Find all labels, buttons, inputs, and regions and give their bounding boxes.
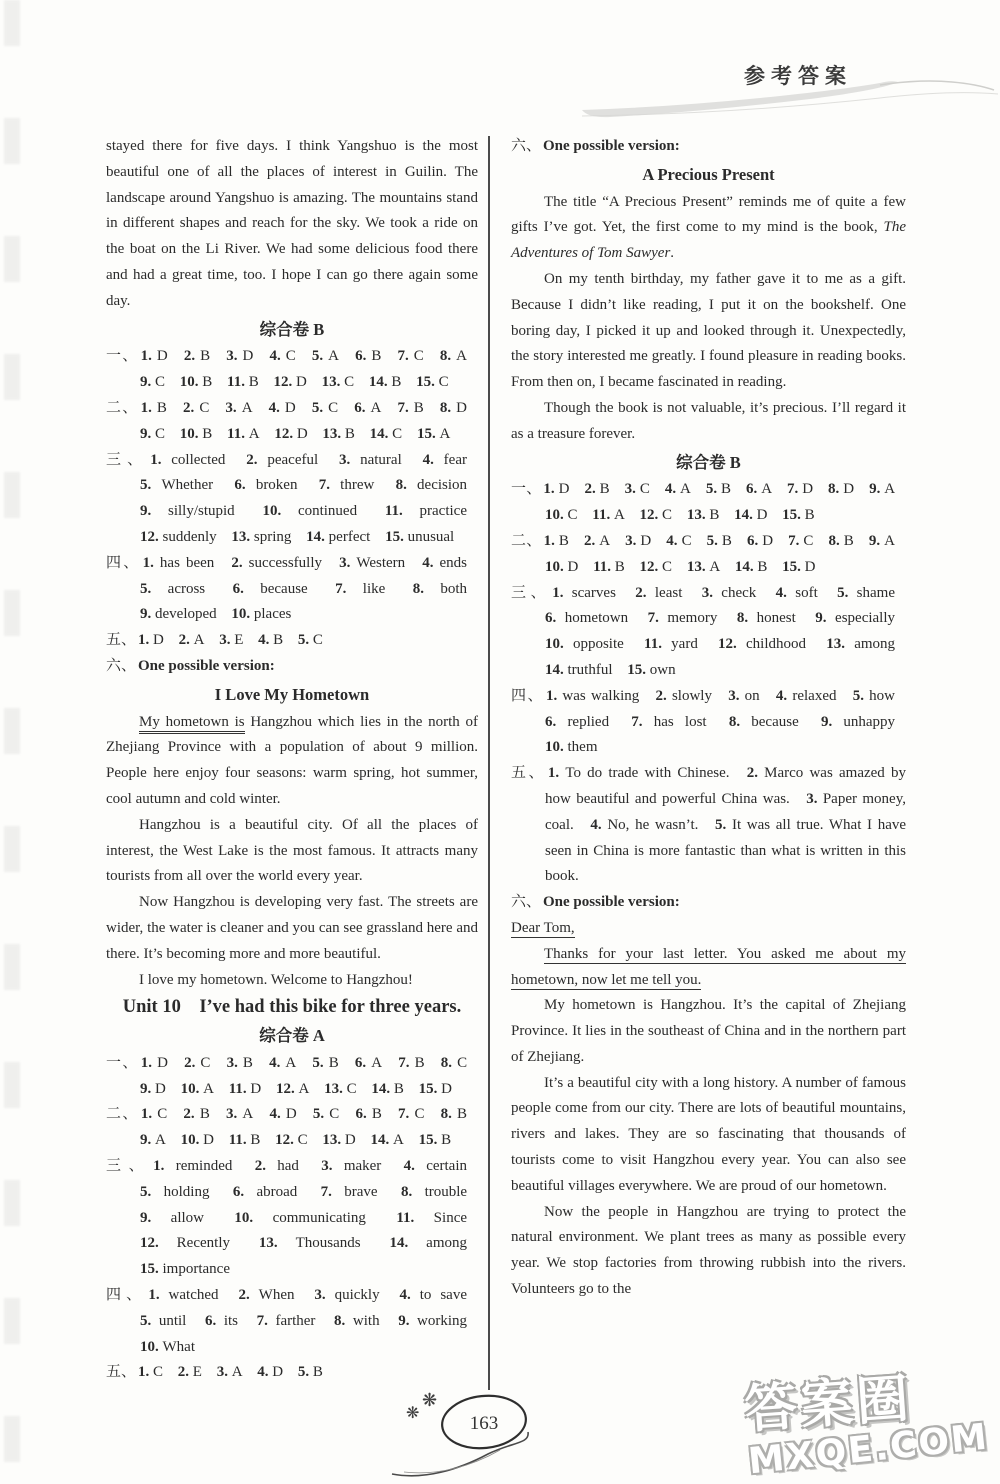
row-marker: 一、 bbox=[106, 348, 139, 364]
answer-number: 13. bbox=[687, 559, 706, 575]
answer-item: 1. has been bbox=[143, 555, 215, 571]
answer-number: 1. bbox=[138, 632, 149, 648]
watermark-logo: 答案圈 MXQE.COM bbox=[743, 1368, 990, 1477]
footer-swirl-icon bbox=[392, 1432, 528, 1476]
answer-number: 11. bbox=[644, 636, 662, 652]
answer-number: 12. bbox=[140, 1235, 159, 1251]
answer-item: 9. A bbox=[869, 533, 895, 549]
answer-number: 5. bbox=[298, 632, 309, 648]
answer-number: 10. bbox=[181, 1132, 200, 1148]
answer-number: 8. bbox=[828, 481, 839, 497]
answer-item: 13. B bbox=[687, 507, 720, 523]
answer-item: 7. C bbox=[398, 1106, 424, 1122]
answer-number: 9. bbox=[140, 374, 151, 390]
paragraph: My hometown is Hangzhou. It’s the capita… bbox=[511, 993, 906, 1070]
answer-item: 7. B bbox=[398, 1055, 424, 1071]
answer-number: 5. bbox=[715, 817, 726, 833]
row-marker: 三、 bbox=[106, 452, 148, 468]
answer-number: 8. bbox=[396, 477, 407, 493]
text-run: Now the people in Hangzhou are trying to… bbox=[511, 1204, 906, 1297]
answer-number: 2. bbox=[238, 1287, 249, 1303]
answer-item: 2. When bbox=[238, 1287, 294, 1303]
answer-number: 5. bbox=[706, 481, 717, 497]
answer-item: 1. scarves bbox=[552, 585, 616, 601]
answer-number: 14. bbox=[545, 662, 564, 678]
answer-item: 5. how bbox=[853, 688, 895, 704]
answer-number: 14. bbox=[371, 1081, 390, 1097]
section-heading: 综合卷 B bbox=[511, 450, 906, 476]
answer-number: 1. bbox=[544, 533, 555, 549]
answer-number: 8. bbox=[401, 1184, 412, 1200]
answer-item: 3. A bbox=[225, 400, 252, 416]
answer-number: 5. bbox=[312, 400, 323, 416]
answer-item: 8. B bbox=[828, 533, 853, 549]
paragraph: stayed there for five days. I think Yang… bbox=[106, 134, 478, 315]
answer-item: 1. reminded bbox=[153, 1158, 232, 1174]
answer-item: 6. A bbox=[354, 400, 381, 416]
answer-item: 10. D bbox=[181, 1132, 214, 1148]
answer-item: 13. D bbox=[322, 1132, 355, 1148]
answer-number: 7. bbox=[787, 481, 798, 497]
answer-item: 13. B bbox=[322, 426, 355, 442]
answer-number: 2. bbox=[747, 765, 758, 781]
answer-number: 11. bbox=[227, 374, 245, 390]
answer-item: 5. B bbox=[298, 1364, 323, 1380]
answer-number: 4. bbox=[269, 1106, 280, 1122]
section-heading: I Love My Hometown bbox=[106, 682, 478, 708]
answer-item: 15. importance bbox=[140, 1261, 230, 1277]
scan-edge-artifacts bbox=[4, 0, 20, 1484]
answer-number: 6. bbox=[746, 481, 757, 497]
answer-item: 10. places bbox=[231, 606, 291, 622]
row-label: One possible version: bbox=[138, 658, 275, 674]
answer-number: 7. bbox=[397, 400, 408, 416]
section-heading: A Precious Present bbox=[511, 162, 906, 188]
answer-number: 2. bbox=[584, 533, 595, 549]
answer-item: 14. among bbox=[390, 1235, 468, 1251]
answer-number: 8. bbox=[413, 581, 424, 597]
answer-item: 9. C bbox=[140, 426, 165, 442]
answer-item: 13. among bbox=[826, 636, 895, 652]
answer-item: 14. D bbox=[734, 507, 767, 523]
answer-item: 3. on bbox=[728, 688, 759, 704]
answer-row: 六、One possible version: bbox=[511, 134, 906, 160]
answer-number: 10. bbox=[545, 559, 564, 575]
row-marker: 四、 bbox=[511, 688, 544, 704]
answer-item: 7. C bbox=[788, 533, 813, 549]
unit-title: Unit 10 I’ve had this bike for three yea… bbox=[106, 995, 478, 1021]
answer-item: 6. A bbox=[746, 481, 772, 497]
answer-number: 5. bbox=[140, 581, 151, 597]
answer-number: 12. bbox=[273, 374, 292, 390]
answer-row: 三、1. collected 2. peaceful 3. natural 4.… bbox=[106, 448, 478, 551]
answer-item: 9. silly/stupid bbox=[140, 503, 235, 519]
answer-number: 2. bbox=[584, 481, 595, 497]
row-marker: 六、 bbox=[511, 138, 541, 154]
answer-number: 1. bbox=[141, 400, 152, 416]
answer-number: 4. bbox=[400, 1287, 411, 1303]
answer-item: 4. soft bbox=[776, 585, 818, 601]
answer-number: 13. bbox=[687, 507, 706, 523]
answer-number: 4. bbox=[257, 1364, 268, 1380]
answer-number: 13. bbox=[259, 1235, 278, 1251]
answer-item: 2. B bbox=[584, 481, 609, 497]
answer-item: 6. D bbox=[747, 533, 773, 549]
answer-number: 12. bbox=[275, 1132, 294, 1148]
answer-item: 1. D bbox=[543, 481, 569, 497]
text-run: Though the book is not valuable, it’s pr… bbox=[511, 400, 906, 442]
answer-number: 10. bbox=[231, 606, 250, 622]
answer-item: 1. C bbox=[141, 1106, 167, 1122]
page-number-badge: ❋ ❋ 163 bbox=[388, 1388, 568, 1484]
answer-row: 一、1. D 2. B 3. D 4. C 5. A 6. B 7. C 8. … bbox=[106, 344, 478, 396]
text-run: My hometown is Hangzhou. It’s the capita… bbox=[511, 997, 906, 1065]
answer-item: 2. slowly bbox=[656, 688, 712, 704]
answer-number: 2. bbox=[255, 1158, 266, 1174]
answer-number: 2. bbox=[183, 1106, 194, 1122]
answer-number: 8. bbox=[441, 1055, 452, 1071]
answer-number: 1. bbox=[141, 1106, 152, 1122]
column-divider bbox=[488, 136, 490, 1390]
answer-number: 4. bbox=[269, 348, 280, 364]
answer-number: 4. bbox=[269, 400, 280, 416]
answer-row: 四、1. was walking 2. slowly 3. on 4. rela… bbox=[511, 684, 906, 761]
answer-item: 11. practice bbox=[385, 503, 467, 519]
answer-item: 9. developed bbox=[140, 606, 217, 622]
answer-number: 10. bbox=[180, 374, 199, 390]
row-marker: 四、 bbox=[106, 555, 141, 571]
answer-item: 12. A bbox=[276, 1081, 309, 1097]
section-heading: 综合卷 A bbox=[106, 1023, 478, 1049]
answer-number: 3. bbox=[728, 688, 739, 704]
answer-item: 3. D bbox=[625, 533, 651, 549]
answer-number: 2. bbox=[179, 632, 190, 648]
answer-row: 四、1. has been 2. successfully 3. Western… bbox=[106, 551, 478, 628]
answer-item: 4. fear bbox=[423, 452, 467, 468]
answer-number: 15. bbox=[417, 426, 436, 442]
answer-item: 3. D bbox=[226, 348, 253, 364]
answer-item: 15. D bbox=[419, 1081, 452, 1097]
answer-item: 12. C bbox=[640, 559, 673, 575]
answer-item: 13. Thousands bbox=[259, 1235, 361, 1251]
row-marker: 一、 bbox=[511, 481, 541, 497]
row-marker: 二、 bbox=[511, 533, 542, 549]
row-marker: 一、 bbox=[106, 1055, 139, 1071]
answer-item: 5. C bbox=[313, 1106, 339, 1122]
answer-item: 3. E bbox=[219, 632, 243, 648]
answer-item: 5. B bbox=[707, 533, 732, 549]
answer-row: 三、1. scarves 2. least 3. check 4. soft 5… bbox=[511, 581, 906, 684]
answer-item: 9. working bbox=[398, 1313, 467, 1329]
answer-item: 9. A bbox=[140, 1132, 166, 1148]
answer-number: 4. bbox=[422, 555, 433, 571]
answer-number: 3. bbox=[226, 348, 237, 364]
answer-item: 2. had bbox=[255, 1158, 299, 1174]
answer-item: 12. childhood bbox=[718, 636, 806, 652]
answer-item: 15. C bbox=[416, 374, 449, 390]
answer-number: 1. bbox=[148, 1287, 159, 1303]
row-marker: 三、 bbox=[511, 585, 550, 601]
answer-item: 11. yard bbox=[644, 636, 698, 652]
answer-item: 4. A bbox=[665, 481, 691, 497]
answer-item: 5. B bbox=[706, 481, 731, 497]
answer-number: 3. bbox=[226, 1106, 237, 1122]
answer-item: 3. natural bbox=[339, 452, 402, 468]
answer-number: 14. bbox=[390, 1235, 409, 1251]
answer-item: 8. honest bbox=[737, 610, 796, 626]
section-heading: 综合卷 B bbox=[106, 317, 478, 343]
answer-item: 7. like bbox=[335, 581, 385, 597]
answer-number: 2. bbox=[184, 1055, 195, 1071]
answer-number: 5. bbox=[140, 1184, 151, 1200]
answer-number: 12. bbox=[640, 559, 659, 575]
answer-item: 7. threw bbox=[319, 477, 375, 493]
text-run: I love my hometown. Welcome to Hangzhou! bbox=[139, 972, 413, 988]
answer-item: 1. D bbox=[138, 632, 164, 648]
answer-item: 11. B bbox=[229, 1132, 261, 1148]
answer-item: 6. B bbox=[355, 348, 381, 364]
paragraph: Thanks for your last letter. You asked m… bbox=[511, 942, 906, 994]
answer-item: 8. decision bbox=[396, 477, 467, 493]
answer-number: 2. bbox=[178, 1364, 189, 1380]
answer-number: 14. bbox=[370, 426, 389, 442]
answer-item: 10. continued bbox=[262, 503, 357, 519]
answer-item: 5. B bbox=[312, 1055, 338, 1071]
answer-number: 1. bbox=[141, 1055, 152, 1071]
answer-number: 11. bbox=[229, 1081, 247, 1097]
answer-item: 4. C bbox=[666, 533, 691, 549]
answer-number: 1. bbox=[141, 348, 152, 364]
answer-item: 5. holding bbox=[140, 1184, 209, 1200]
answer-number: 8. bbox=[828, 533, 839, 549]
answer-item: 7. C bbox=[397, 348, 423, 364]
answer-number: 4. bbox=[776, 585, 787, 601]
answer-number: 6. bbox=[355, 348, 366, 364]
right-column: 六、One possible version:A Precious Presen… bbox=[511, 134, 906, 1303]
answer-number: 11. bbox=[593, 559, 611, 575]
answer-item: 3. maker bbox=[321, 1158, 381, 1174]
answer-item: 6. A bbox=[355, 1055, 382, 1071]
answer-number: 6. bbox=[545, 714, 556, 730]
answer-item: 12. D bbox=[274, 426, 307, 442]
answer-number: 11. bbox=[592, 507, 610, 523]
answer-number: 9. bbox=[869, 481, 880, 497]
answer-item: 4. D bbox=[269, 400, 296, 416]
answer-item: 6. because bbox=[233, 581, 308, 597]
answer-number: 10. bbox=[140, 1339, 159, 1355]
answer-number: 13. bbox=[322, 1132, 341, 1148]
answer-item: 9. unhappy bbox=[821, 714, 895, 730]
answer-item: 4. to save bbox=[400, 1287, 467, 1303]
answer-item: 8. C bbox=[441, 1055, 467, 1071]
answer-item: 13. C bbox=[324, 1081, 357, 1097]
answer-item: 10. communicating bbox=[234, 1210, 365, 1226]
paragraph: Dear Tom, bbox=[511, 916, 906, 942]
answer-item: 11. B bbox=[227, 374, 259, 390]
answer-number: 2. bbox=[246, 452, 257, 468]
answer-number: 1. bbox=[153, 1158, 164, 1174]
answer-row: 五、1. C 2. E 3. A 4. D 5. B bbox=[106, 1360, 478, 1386]
answer-item: 2. A bbox=[584, 533, 610, 549]
answer-number: 5. bbox=[313, 1106, 324, 1122]
answer-item: 11. D bbox=[229, 1081, 262, 1097]
answer-number: 10. bbox=[545, 636, 564, 652]
answer-item: 6. hometown bbox=[545, 610, 628, 626]
answer-row: 一、1. D 2. C 3. B 4. A 5. B 6. A 7. B 8. … bbox=[106, 1051, 478, 1103]
answer-number: 2. bbox=[183, 400, 194, 416]
answer-item: 12. D bbox=[273, 374, 306, 390]
answer-number: 3. bbox=[625, 481, 636, 497]
answer-item: 3. A bbox=[217, 1364, 243, 1380]
answer-item: 10. them bbox=[545, 739, 598, 755]
answer-number: 11. bbox=[396, 1210, 414, 1226]
answer-row: 二、1. B 2. C 3. A 4. D 5. C 6. A 7. B 8. … bbox=[106, 396, 478, 448]
answer-item: 6. abroad bbox=[233, 1184, 297, 1200]
answer-number: 6. bbox=[233, 581, 244, 597]
answer-item: 4. B bbox=[258, 632, 283, 648]
answer-number: 3. bbox=[225, 400, 236, 416]
answer-number: 8. bbox=[440, 400, 451, 416]
answer-number: 14. bbox=[371, 1132, 390, 1148]
answer-item: 13. spring bbox=[231, 529, 291, 545]
answer-item: 9. especially bbox=[815, 610, 895, 626]
row-marker: 五、 bbox=[106, 632, 136, 648]
answer-number: 11. bbox=[229, 1132, 247, 1148]
answer-item: 1. D bbox=[141, 348, 168, 364]
answer-item: 10. B bbox=[180, 426, 213, 442]
row-label: One possible version: bbox=[543, 138, 680, 154]
answer-item: 10. B bbox=[180, 374, 213, 390]
paragraph: Now the people in Hangzhou are trying to… bbox=[511, 1200, 906, 1303]
answer-number: 1. bbox=[150, 452, 161, 468]
row-marker: 四、 bbox=[106, 1287, 146, 1303]
answer-item: 8. both bbox=[413, 581, 467, 597]
answer-item: 1. was walking bbox=[546, 688, 639, 704]
answer-number: 10. bbox=[545, 507, 564, 523]
answer-row: 六、One possible version: bbox=[106, 654, 478, 680]
answer-number: 11. bbox=[385, 503, 403, 519]
answer-item: 5. Whether bbox=[140, 477, 213, 493]
answer-item: 3. C bbox=[625, 481, 650, 497]
answer-item: 3. A bbox=[226, 1106, 253, 1122]
answer-item: 10. opposite bbox=[545, 636, 624, 652]
answer-item: 15. own bbox=[627, 662, 675, 678]
answer-number: 8. bbox=[729, 714, 740, 730]
answer-item: 4. C bbox=[269, 348, 295, 364]
answer-number: 6. bbox=[355, 1055, 366, 1071]
answer-number: 10. bbox=[180, 426, 199, 442]
text-run: It’s a beautiful city with a long histor… bbox=[511, 1075, 906, 1194]
text-run: My hometown is bbox=[139, 714, 245, 734]
answer-item: 14. B bbox=[371, 1081, 404, 1097]
answer-item: 2. C bbox=[184, 1055, 210, 1071]
answer-number: 3. bbox=[339, 555, 350, 571]
answer-row: 五、1. D 2. A 3. E 4. B 5. C bbox=[106, 628, 478, 654]
answer-number: 4. bbox=[404, 1158, 415, 1174]
answer-item: 10. What bbox=[140, 1339, 195, 1355]
answer-number: 6. bbox=[545, 610, 556, 626]
answer-number: 10. bbox=[545, 739, 564, 755]
left-column: stayed there for five days. I think Yang… bbox=[106, 134, 478, 1386]
paragraph: My hometown is Hangzhou which lies in th… bbox=[106, 710, 478, 813]
answer-number: 3. bbox=[339, 452, 350, 468]
answer-item: 9. A bbox=[869, 481, 895, 497]
answer-item: 12. C bbox=[640, 507, 673, 523]
answer-row: 一、1. D 2. B 3. C 4. A 5. B 6. A 7. D 8. … bbox=[511, 477, 906, 529]
answer-number: 7. bbox=[321, 1184, 332, 1200]
answer-number: 15. bbox=[419, 1081, 438, 1097]
answer-item: 3. quickly bbox=[314, 1287, 379, 1303]
answer-item: 7. memory bbox=[648, 610, 718, 626]
answer-item: 14. C bbox=[370, 426, 403, 442]
answer-number: 9. bbox=[398, 1313, 409, 1329]
answer-item: 2. successfully bbox=[231, 555, 322, 571]
answer-number: 8. bbox=[737, 610, 748, 626]
answer-number: 13. bbox=[324, 1081, 343, 1097]
answer-item: 6. replied bbox=[545, 714, 609, 730]
answer-item: 10. A bbox=[181, 1081, 214, 1097]
paragraph: On my tenth birthday, my father gave it … bbox=[511, 267, 906, 396]
header-swoosh-decoration bbox=[580, 76, 1000, 124]
answer-number: 7. bbox=[397, 348, 408, 364]
answer-item: 12. suddenly bbox=[140, 529, 217, 545]
answer-number: 15. bbox=[627, 662, 646, 678]
answer-item: 5. A bbox=[312, 348, 339, 364]
answer-item: 2. least bbox=[635, 585, 682, 601]
answer-item: 15. B bbox=[782, 507, 815, 523]
answer-item: 2. E bbox=[178, 1364, 202, 1380]
answer-item: 6. its bbox=[205, 1313, 238, 1329]
row-marker: 二、 bbox=[106, 1106, 139, 1122]
answer-number: 3. bbox=[625, 533, 636, 549]
answer-item: 13. C bbox=[322, 374, 355, 390]
answer-number: 6. bbox=[233, 1184, 244, 1200]
answer-number: 6. bbox=[747, 533, 758, 549]
answer-row: 五、1. To do trade with Chinese. 2. Marco … bbox=[511, 761, 906, 890]
answer-item: 8. with bbox=[334, 1313, 380, 1329]
answer-item: 8. A bbox=[440, 348, 467, 364]
answer-number: 9. bbox=[140, 426, 151, 442]
answer-item: 12. Recently bbox=[140, 1235, 230, 1251]
row-marker: 六、 bbox=[106, 658, 136, 674]
answer-item: 14. B bbox=[735, 559, 768, 575]
answer-item: 12. C bbox=[275, 1132, 308, 1148]
answer-item: 10. C bbox=[545, 507, 578, 523]
answer-number: 11. bbox=[227, 426, 245, 442]
answer-number: 6. bbox=[354, 400, 365, 416]
answer-number: 7. bbox=[257, 1313, 268, 1329]
answer-number: 1. bbox=[552, 585, 563, 601]
answer-number: 5. bbox=[140, 477, 151, 493]
answer-number: 12. bbox=[718, 636, 737, 652]
answer-row: 四、1. watched 2. When 3. quickly 4. to sa… bbox=[106, 1283, 478, 1360]
row-marker: 六、 bbox=[511, 894, 541, 910]
answer-item: 8. B bbox=[441, 1106, 467, 1122]
answer-item: 2. A bbox=[179, 632, 205, 648]
answer-item: 15. A bbox=[417, 426, 450, 442]
answer-number: 2. bbox=[656, 688, 667, 704]
answer-item: 5. shame bbox=[837, 585, 895, 601]
answer-number: 7. bbox=[319, 477, 330, 493]
answer-number: 4. bbox=[269, 1055, 280, 1071]
answer-number: 5. bbox=[837, 585, 848, 601]
answer-item: 1. B bbox=[544, 533, 569, 549]
answer-item: 1. To do trade with Chinese. bbox=[548, 765, 730, 781]
answer-number: 9. bbox=[815, 610, 826, 626]
answer-item: 7. farther bbox=[257, 1313, 316, 1329]
answer-number: 13. bbox=[322, 374, 341, 390]
answer-item: 4. relaxed bbox=[776, 688, 837, 704]
